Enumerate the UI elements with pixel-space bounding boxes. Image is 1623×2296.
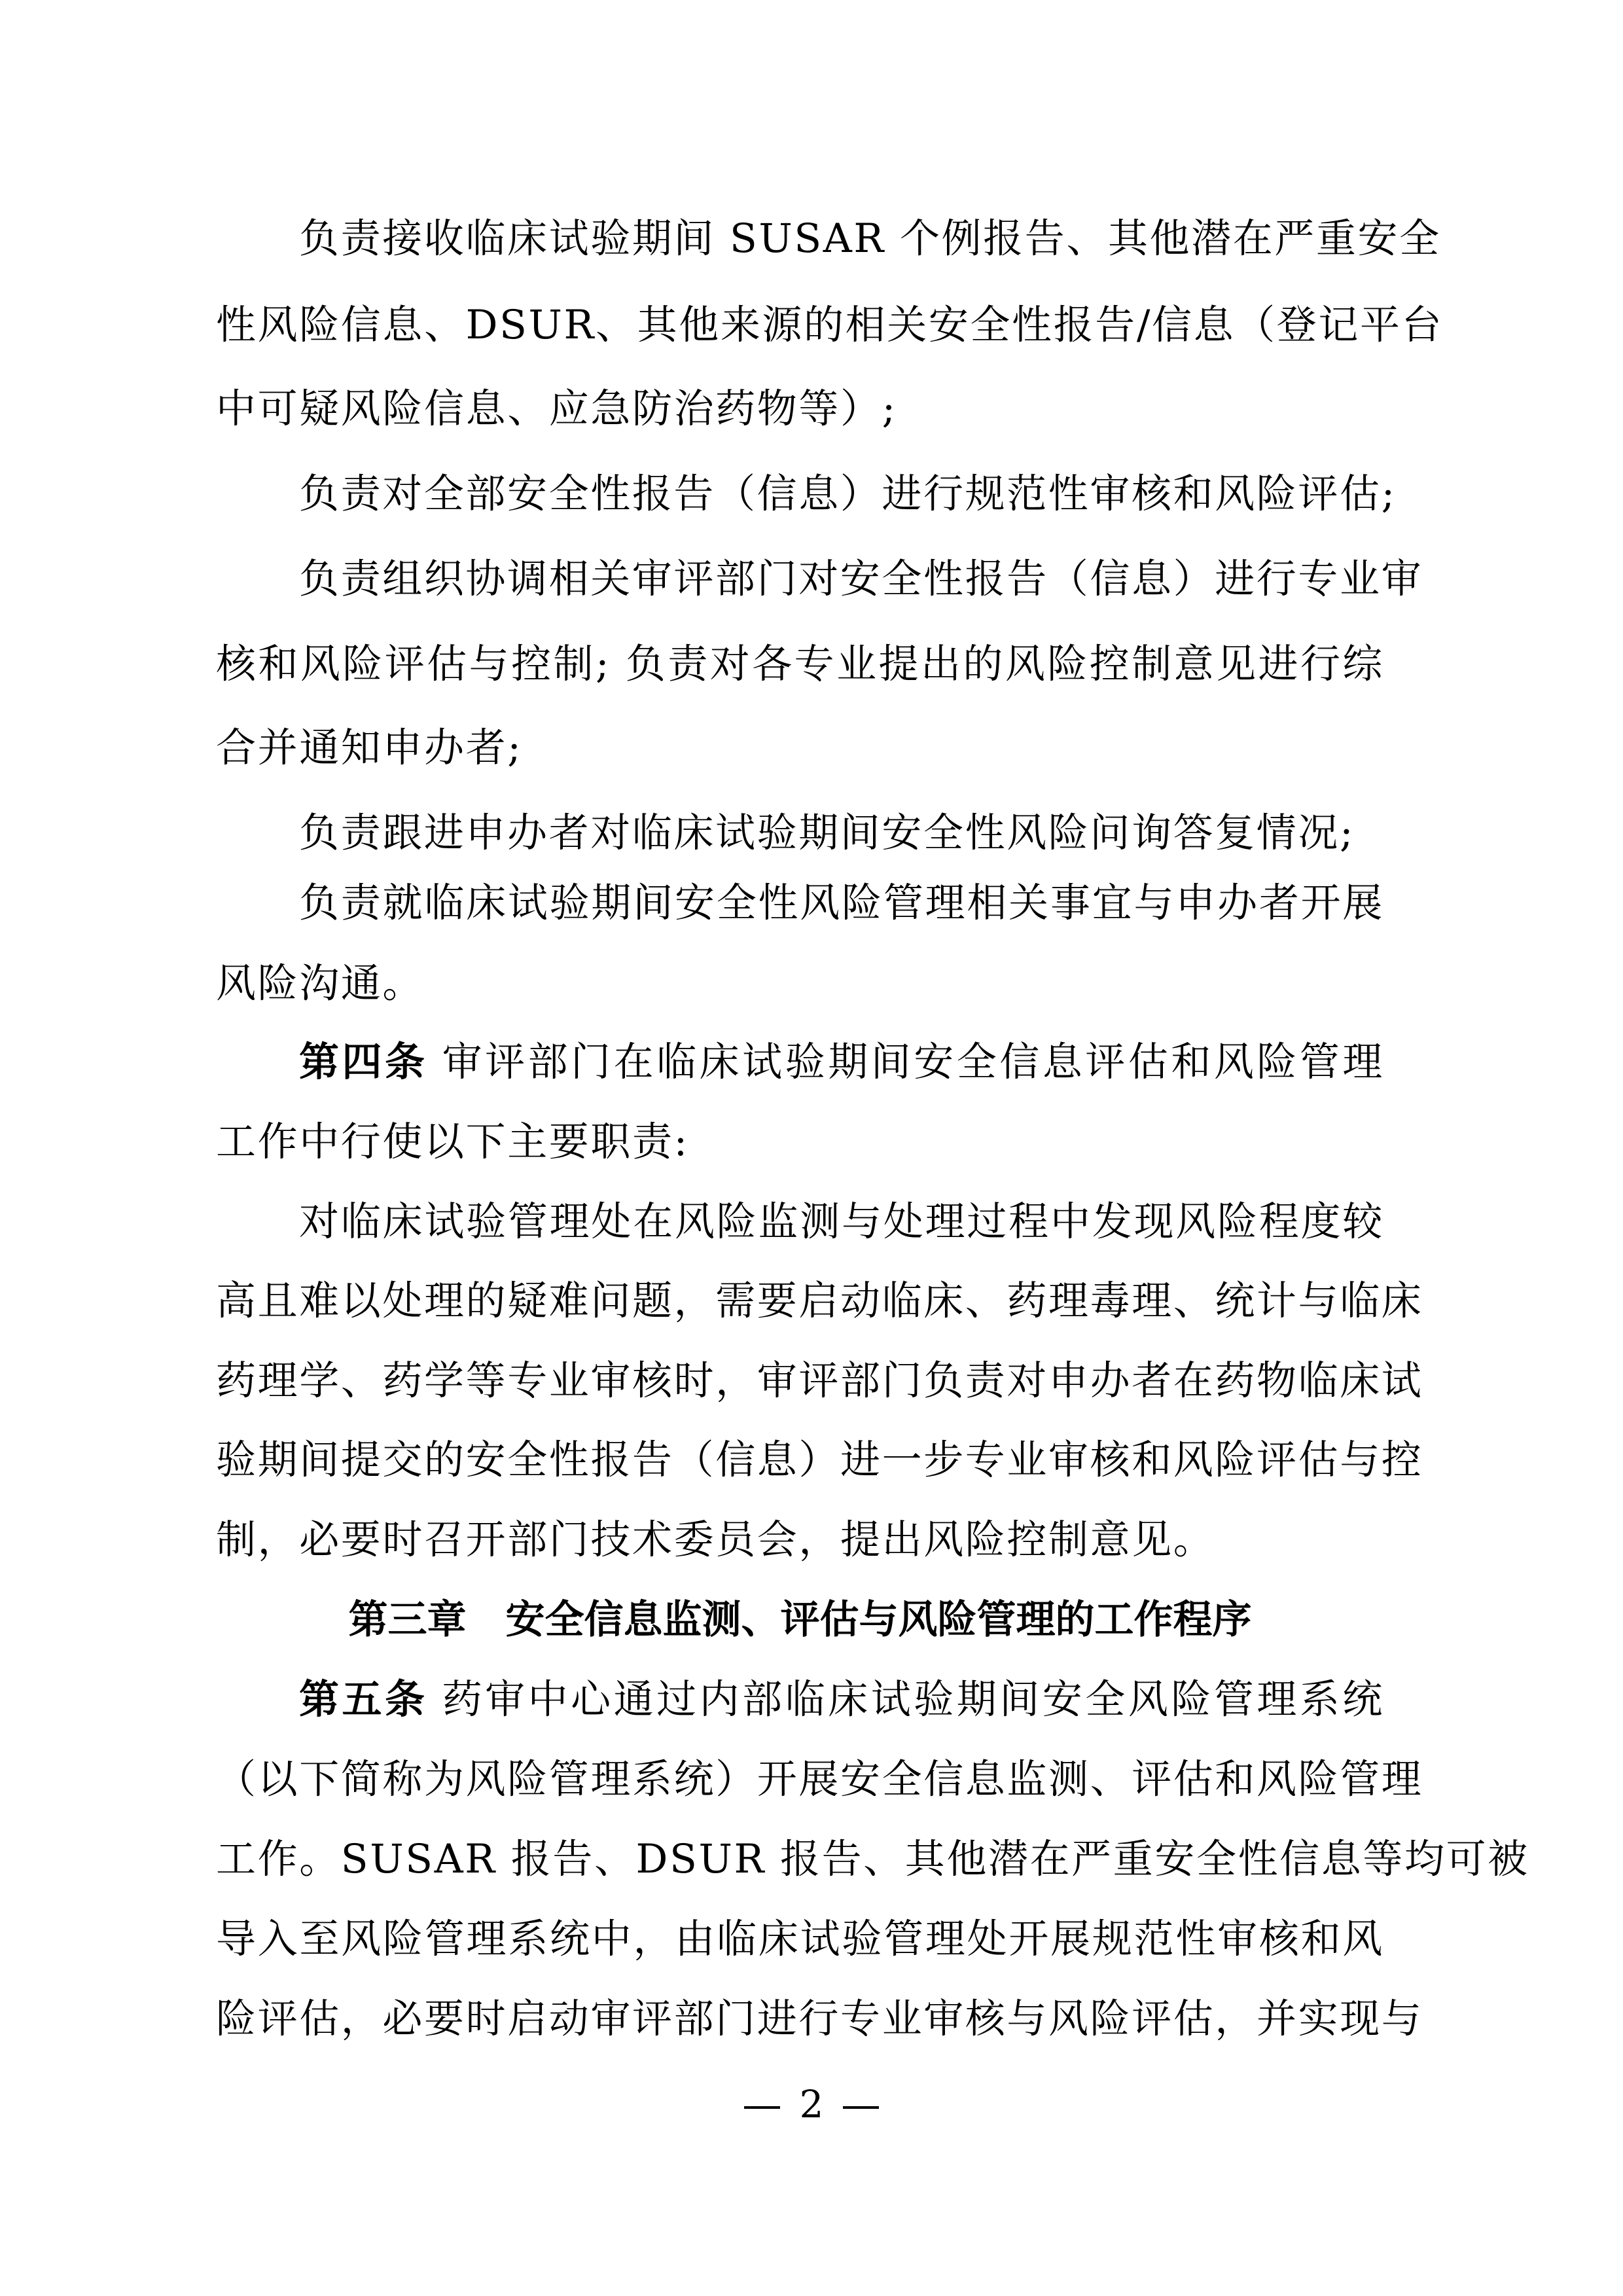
paragraph-line: 工作中行使以下主要职责: bbox=[216, 1116, 1384, 1168]
paragraph-line: 验期间提交的安全性报告（信息）进一步专业审核和风险评估与控 bbox=[216, 1434, 1384, 1486]
page-number: 2 bbox=[0, 2078, 1623, 2130]
article-label: 第四条 bbox=[299, 1039, 428, 1085]
paragraph-line: 负责对全部安全性报告（信息）进行规范性审核和风险评估; bbox=[299, 468, 1384, 520]
dash-right bbox=[843, 2106, 879, 2109]
paragraph-line: 核和风险评估与控制; 负责对各专业提出的风险控制意见进行综 bbox=[216, 638, 1384, 691]
page-number-value: 2 bbox=[800, 2082, 824, 2126]
article-text: 药审中心通过内部临床试验期间安全风险管理系统 bbox=[442, 1676, 1384, 1723]
article-text: 审评部门在临床试验期间安全信息评估和风险管理 bbox=[442, 1039, 1384, 1085]
paragraph-line: 对临床试验管理处在风险监测与处理过程中发现风险程度较 bbox=[299, 1196, 1384, 1248]
paragraph-line: 性风险信息、DSUR、其他来源的相关安全性报告/信息（登记平台 bbox=[216, 299, 1384, 351]
article-4-line: 第四条审评部门在临床试验期间安全信息评估和风险管理 bbox=[299, 1036, 1384, 1088]
paragraph-line: 负责接收临床试验期间 SUSAR 个例报告、其他潜在严重安全 bbox=[299, 213, 1384, 265]
chapter-number: 第三章 bbox=[349, 1597, 467, 1643]
paragraph-line: 险评估，必要时启动审评部门进行专业审核与风险评估，并实现与 bbox=[216, 1993, 1384, 2045]
paragraph-line: 高且难以处理的疑难问题，需要启动临床、药理毒理、统计与临床 bbox=[216, 1275, 1384, 1327]
paragraph-line: 合并通知申办者; bbox=[216, 722, 1384, 774]
dash-left bbox=[744, 2106, 780, 2109]
paragraph-line: 负责组织协调相关审评部门对安全性报告（信息）进行专业审 bbox=[299, 553, 1384, 605]
chapter-heading: 第三章安全信息监测、评估与风险管理的工作程序 bbox=[216, 1594, 1384, 1646]
paragraph-line: 药理学、药学等专业审核时，审评部门负责对申办者在药物临床试 bbox=[216, 1355, 1384, 1407]
paragraph-line: 负责就临床试验期间安全性风险管理相关事宜与申办者开展 bbox=[299, 877, 1384, 929]
paragraph-line: 工作。SUSAR 报告、DSUR 报告、其他潜在严重安全性信息等均可被 bbox=[216, 1833, 1384, 1886]
paragraph-line: （以下简称为风险管理系统）开展安全信息监测、评估和风险管理 bbox=[216, 1753, 1384, 1806]
article-5-line: 第五条药审中心通过内部临床试验期间安全风险管理系统 bbox=[299, 1674, 1384, 1726]
paragraph-line: 负责跟进申办者对临床试验期间安全性风险问询答复情况; bbox=[299, 807, 1384, 859]
article-label: 第五条 bbox=[299, 1676, 428, 1723]
paragraph-line: 制，必要时召开部门技术委员会，提出风险控制意见。 bbox=[216, 1514, 1384, 1566]
paragraph-line: 导入至风险管理系统中，由临床试验管理处开展规范性审核和风 bbox=[216, 1913, 1384, 1965]
paragraph-line: 风险沟通。 bbox=[216, 958, 1384, 1010]
chapter-title: 安全信息监测、评估与风险管理的工作程序 bbox=[506, 1597, 1252, 1643]
paragraph-line: 中可疑风险信息、应急防治药物等）; bbox=[216, 383, 1384, 435]
document-page: 负责接收临床试验期间 SUSAR 个例报告、其他潜在严重安全 性风险信息、DSU… bbox=[0, 0, 1623, 2296]
